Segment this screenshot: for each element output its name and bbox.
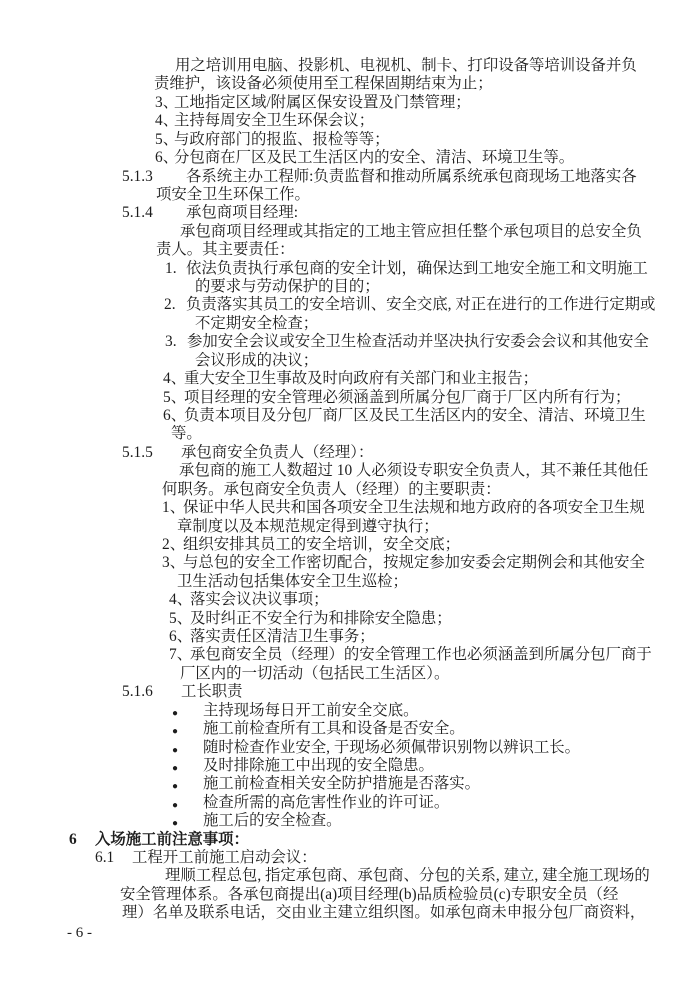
line-text: 项安全卫生环保工作。 xyxy=(156,185,310,204)
line-text: 施工前检查相关安全防护措施是否落实。 xyxy=(203,774,480,793)
list-marker: 3、 xyxy=(162,553,185,572)
list-marker: 2、 xyxy=(162,535,185,554)
line-text: 主持现场每日开工前安全交底。 xyxy=(203,701,418,720)
text-line: 等。 xyxy=(0,424,700,443)
list-marker: 4、 xyxy=(169,590,192,609)
numbered-line: ●检查所需的高危害性作业的许可证。 xyxy=(0,793,700,812)
numbered-line: 3、与总包的安全工作密切配合，按规定参加安委会定期例会和其他安全 xyxy=(0,553,700,572)
numbered-line: 5.1.4承包商项目经理: xyxy=(0,203,700,222)
list-marker: 6 xyxy=(69,830,77,849)
line-text: 责人。其主要责任： xyxy=(156,240,295,259)
list-marker: 6、 xyxy=(163,406,186,425)
numbered-line: ●及时排除施工中出现的安全隐患。 xyxy=(0,756,700,775)
list-marker: 2. xyxy=(164,295,176,314)
line-text: 组织安排其员工的安全培训，安全交底； xyxy=(183,535,460,554)
line-text: 依法负责执行承包商的安全计划，确保达到工地安全施工和文明施工 xyxy=(186,259,648,278)
page-number: - 6 - xyxy=(67,924,92,943)
line-text: 落实责任区清洁卫生事务； xyxy=(190,627,375,646)
text-line: 项安全卫生环保工作。 xyxy=(0,185,700,204)
text-line: 承包商的施工人数超过 10 人必须设专职安全负责人，其不兼任其他任 xyxy=(0,461,700,480)
line-text: 承包商的施工人数超过 10 人必须设专职安全负责人，其不兼任其他任 xyxy=(179,461,648,480)
numbered-line: 1、保证中华人民共和国各项安全卫生法规和地方政府的各项安全卫生规 xyxy=(0,498,700,517)
text-line: 理顺工程总包, 指定承包商、承包商、分包的关系, 建立, 建全施工现场的 xyxy=(0,866,700,885)
list-marker: 6.1 xyxy=(95,848,114,867)
line-text: 不定期安全检查； xyxy=(195,314,318,333)
line-text: 及时排除施工中出现的安全隐患。 xyxy=(203,756,434,775)
line-text: 安全管理体系。各承包商提出(a)项目经理(b)品质检验员(c)专职安全员（经 xyxy=(120,885,618,904)
line-text: 参加安全会议或安全卫生检查活动并坚决执行安委会会议和其他安全 xyxy=(187,332,649,351)
line-text: 承包商安全负责人（经理）： xyxy=(181,443,373,462)
line-text: 负责落实其员工的安全培训、安全交底, 对正在进行的工作进行定期或 xyxy=(186,295,655,314)
line-text: 责维护，该设备必须使用至工程保固期结束为止； xyxy=(154,74,493,93)
line-text: 重大安全卫生事故及时向政府有关部门和业主报告； xyxy=(184,369,538,388)
text-line: 责维护，该设备必须使用至工程保固期结束为止； xyxy=(0,74,700,93)
document-page: - 6 - 用之培训用电脑、投影机、电视机、制卡、打印设备等培训设备并负责维护，… xyxy=(0,0,700,990)
line-text: 与政府部门的报监、报检等等； xyxy=(174,130,389,149)
line-text: 各系统主办工程师:负责监督和推动所属系统承包商现场工地落实各 xyxy=(186,167,637,186)
numbered-line: 6入场施工前注意事项： xyxy=(0,830,700,849)
numbered-line: ●施工前检查相关安全防护措施是否落实。 xyxy=(0,774,700,793)
line-text: 及时纠正不安全行为和排除安全隐患； xyxy=(190,609,452,628)
text-line: 承包商项目经理或其指定的工地主管应担任整个承包项目的总安全负 xyxy=(0,222,700,241)
list-marker: 4、 xyxy=(163,369,186,388)
line-text: 章制度以及本规范规定得到遵守执行； xyxy=(177,517,439,536)
list-marker: 6、 xyxy=(169,627,192,646)
line-text: 工程开工前施工启动会议： xyxy=(132,848,317,867)
list-marker: 5.1.6 xyxy=(122,682,153,701)
numbered-line: 1.依法负责执行承包商的安全计划，确保达到工地安全施工和文明施工 xyxy=(0,259,700,278)
line-text: 承包商项目经理: xyxy=(186,203,298,222)
numbered-line: 3.参加安全会议或安全卫生检查活动并坚决执行安委会会议和其他安全 xyxy=(0,332,700,351)
line-text: 与总包的安全工作密切配合，按规定参加安委会定期例会和其他安全 xyxy=(183,553,645,572)
list-marker: 5.1.5 xyxy=(122,443,153,462)
numbered-line: 5.1.3各系统主办工程师:负责监督和推动所属系统承包商现场工地落实各 xyxy=(0,167,700,186)
list-marker: 3. xyxy=(165,332,177,351)
numbered-line: ●主持现场每日开工前安全交底。 xyxy=(0,701,700,720)
text-line: 的要求与劳动保护的目的； xyxy=(0,277,700,296)
list-marker: 5、 xyxy=(169,609,192,628)
line-text: 工地指定区域/附属区保安设置及门禁管理； xyxy=(174,93,471,112)
line-text: 厂区内的一切活动（包括民工生活区）。 xyxy=(180,664,449,683)
list-marker: 5.1.3 xyxy=(122,167,153,186)
text-line: 会议形成的决议； xyxy=(0,351,700,370)
line-text: 主持每周安全卫生环保会议； xyxy=(174,111,374,130)
line-text: 落实会议决议事项； xyxy=(190,590,329,609)
list-marker: 1、 xyxy=(162,498,185,517)
line-text: 承包商安全员（经理）的安全管理工作也必须涵盖到所属分包厂商于 xyxy=(190,645,652,664)
list-marker: 7、 xyxy=(169,645,192,664)
numbered-line: 4、落实会议决议事项； xyxy=(0,590,700,609)
text-line: 用之培训用电脑、投影机、电视机、制卡、打印设备等培训设备并负 xyxy=(0,56,700,75)
list-marker: 5、 xyxy=(163,388,186,407)
line-text: 施工前检查所有工具和设备是否安全。 xyxy=(203,719,465,738)
line-text: 施工后的安全检查。 xyxy=(203,811,342,830)
numbered-line: 5、及时纠正不安全行为和排除安全隐患； xyxy=(0,609,700,628)
text-line: 章制度以及本规范规定得到遵守执行； xyxy=(0,517,700,536)
line-text: 负责本项目及分包厂商厂区及民工生活区内的安全、清洁、环境卫生 xyxy=(184,406,646,425)
line-text: 理顺工程总包, 指定承包商、承包商、分包的关系, 建立, 建全施工现场的 xyxy=(165,866,650,885)
numbered-line: ●施工后的安全检查。 xyxy=(0,811,700,830)
line-text: 等。 xyxy=(171,424,202,443)
line-text: 随时检查作业安全, 于现场必须佩带识别物以辨识工长。 xyxy=(203,738,580,757)
line-text: 工长职责 xyxy=(181,682,243,701)
numbered-line: 6.1工程开工前施工启动会议： xyxy=(0,848,700,867)
line-text: 卫生活动包括集体安全卫生巡检； xyxy=(177,572,408,591)
numbered-line: 5.1.6工长职责 xyxy=(0,682,700,701)
line-text: 分包商在厂区及民工生活区内的安全、清洁、环境卫生等。 xyxy=(174,148,574,167)
line-text: 入场施工前注意事项： xyxy=(95,830,249,849)
line-text: 何职务。承包商安全负责人（经理）的主要职责： xyxy=(162,480,501,499)
text-line: 卫生活动包括集体安全卫生巡检； xyxy=(0,572,700,591)
numbered-line: 6、分包商在厂区及民工生活区内的安全、清洁、环境卫生等。 xyxy=(0,148,700,167)
numbered-line: 7、承包商安全员（经理）的安全管理工作也必须涵盖到所属分包厂商于 xyxy=(0,645,700,664)
line-text: 理）名单及联系电话，交由业主建立组织图。如承包商未申报分包厂商资料， xyxy=(122,903,645,922)
numbered-line: 5、项目经理的安全管理必须涵盖到所属分包厂商于厂区内所有行为； xyxy=(0,388,700,407)
numbered-line: ●施工前检查所有工具和设备是否安全。 xyxy=(0,719,700,738)
numbered-line: ●随时检查作业安全, 于现场必须佩带识别物以辨识工长。 xyxy=(0,738,700,757)
text-line: 厂区内的一切活动（包括民工生活区）。 xyxy=(0,664,700,683)
line-text: 保证中华人民共和国各项安全卫生法规和地方政府的各项安全卫生规 xyxy=(183,498,645,517)
numbered-line: 4、重大安全卫生事故及时向政府有关部门和业主报告； xyxy=(0,369,700,388)
numbered-line: 3、工地指定区域/附属区保安设置及门禁管理； xyxy=(0,93,700,112)
list-marker: 5.1.4 xyxy=(122,203,153,222)
line-text: 检查所需的高危害性作业的许可证。 xyxy=(203,793,449,812)
numbered-line: 2.负责落实其员工的安全培训、安全交底, 对正在进行的工作进行定期或 xyxy=(0,295,700,314)
list-marker: 1. xyxy=(165,259,177,278)
line-text: 承包商项目经理或其指定的工地主管应担任整个承包项目的总安全负 xyxy=(180,222,642,241)
text-line: 不定期安全检查； xyxy=(0,314,700,333)
line-text: 用之培训用电脑、投影机、电视机、制卡、打印设备等培训设备并负 xyxy=(175,56,637,75)
numbered-line: 5.1.5承包商安全负责人（经理）： xyxy=(0,443,700,462)
text-line: 安全管理体系。各承包商提出(a)项目经理(b)品质检验员(c)专职安全员（经 xyxy=(0,885,700,904)
text-line: 责人。其主要责任： xyxy=(0,240,700,259)
numbered-line: 4、主持每周安全卫生环保会议； xyxy=(0,111,700,130)
numbered-line: 5、与政府部门的报监、报检等等； xyxy=(0,130,700,149)
numbered-line: 6、负责本项目及分包厂商厂区及民工生活区内的安全、清洁、环境卫生 xyxy=(0,406,700,425)
numbered-line: 6、落实责任区清洁卫生事务； xyxy=(0,627,700,646)
text-line: 何职务。承包商安全负责人（经理）的主要职责： xyxy=(0,480,700,499)
line-text: 的要求与劳动保护的目的； xyxy=(195,277,380,296)
numbered-line: 2、组织安排其员工的安全培训，安全交底； xyxy=(0,535,700,554)
line-text: 项目经理的安全管理必须涵盖到所属分包厂商于厂区内所有行为； xyxy=(184,388,630,407)
line-text: 会议形成的决议； xyxy=(195,351,318,370)
text-line: 理）名单及联系电话，交由业主建立组织图。如承包商未申报分包厂商资料， xyxy=(0,903,700,922)
